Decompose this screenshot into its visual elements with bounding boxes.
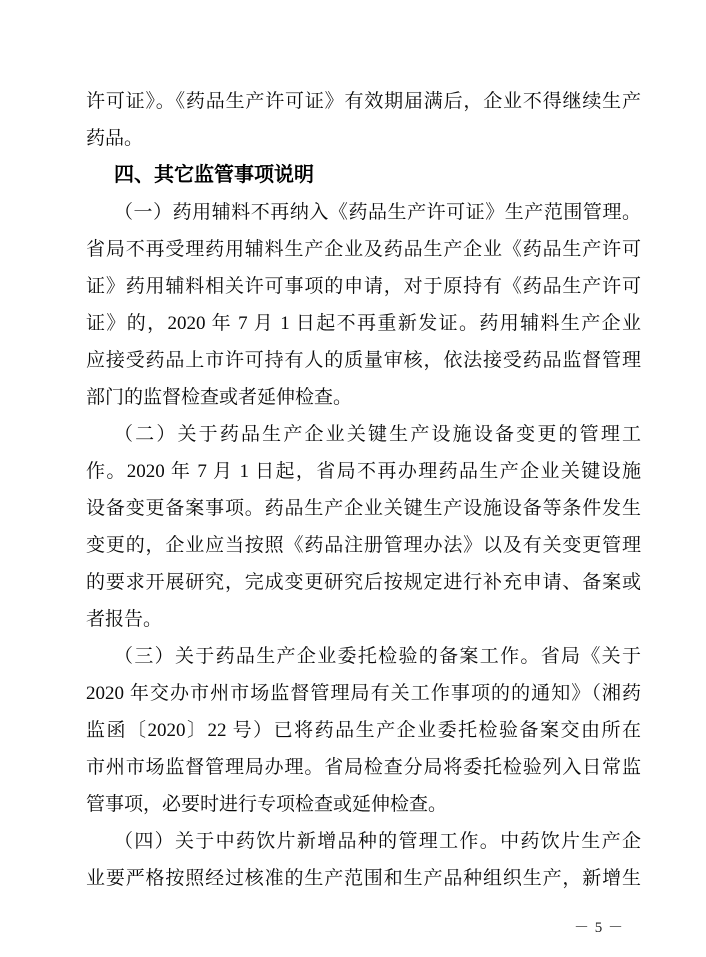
text-line: 的要求开展研究，完成变更研究后按规定进行补充申请、备案或 [86,564,641,601]
text-line: （一）药用辅料不再纳入《药品生产许可证》生产范围管理。 [86,194,641,231]
text-line: 设备变更备案事项。药品生产企业关键生产设施设备等条件发生 [86,490,641,527]
text-line: 省局不再受理药用辅料生产企业及药品生产企业《药品生产许可 [86,231,641,268]
text-line: 证》药用辅料相关许可事项的申请，对于原持有《药品生产许可 [86,268,641,305]
text-line: 者报告。 [86,601,641,638]
text-line: （四）关于中药饮片新增品种的管理工作。中药饮片生产企 [86,823,641,860]
page-number: － 5 － [574,920,624,936]
text-line: 许可证》。《药品生产许可证》有效期届满后，企业不得继续生产 [86,83,641,120]
text-line: （三）关于药品生产企业委托检验的备案工作。省局《关于 [86,638,641,675]
section-heading-line: 四、其它监管事项说明 [86,157,641,194]
text-line: 管事项，必要时进行专项检查或延伸检查。 [86,786,641,823]
text-line: 业要严格按照经过核准的生产范围和生产品种组织生产，新增生 [86,860,641,897]
text-line: 作。2020 年 7 月 1 日起，省局不再办理药品生产企业关键设施 [86,453,641,490]
text-line: 证》的，2020 年 7 月 1 日起不再重新发证。药用辅料生产企业 [86,305,641,342]
document-body: 许可证》。《药品生产许可证》有效期届满后，企业不得继续生产药品。四、其它监管事项… [86,83,641,897]
text-line: 变更的，企业应当按照《药品注册管理办法》以及有关变更管理 [86,527,641,564]
text-line: （二）关于药品生产企业关键生产设施设备变更的管理工 [86,416,641,453]
text-line: 应接受药品上市许可持有人的质量审核，依法接受药品监督管理 [86,342,641,379]
text-line: 监函〔2020〕22 号）已将药品生产企业委托检验备案交由所在 [86,712,641,749]
text-line: 市州市场监督管理局办理。省局检查分局将委托检验列入日常监 [86,749,641,786]
text-line: 部门的监督检查或者延伸检查。 [86,379,641,416]
document-page: 许可证》。《药品生产许可证》有效期届满后，企业不得继续生产药品。四、其它监管事项… [0,0,706,957]
text-line: 2020 年交办市州市场监督管理局有关工作事项的的通知》（湘药 [86,675,641,712]
text-line: 药品。 [86,120,641,157]
page-footer: － 5 － [574,916,624,937]
